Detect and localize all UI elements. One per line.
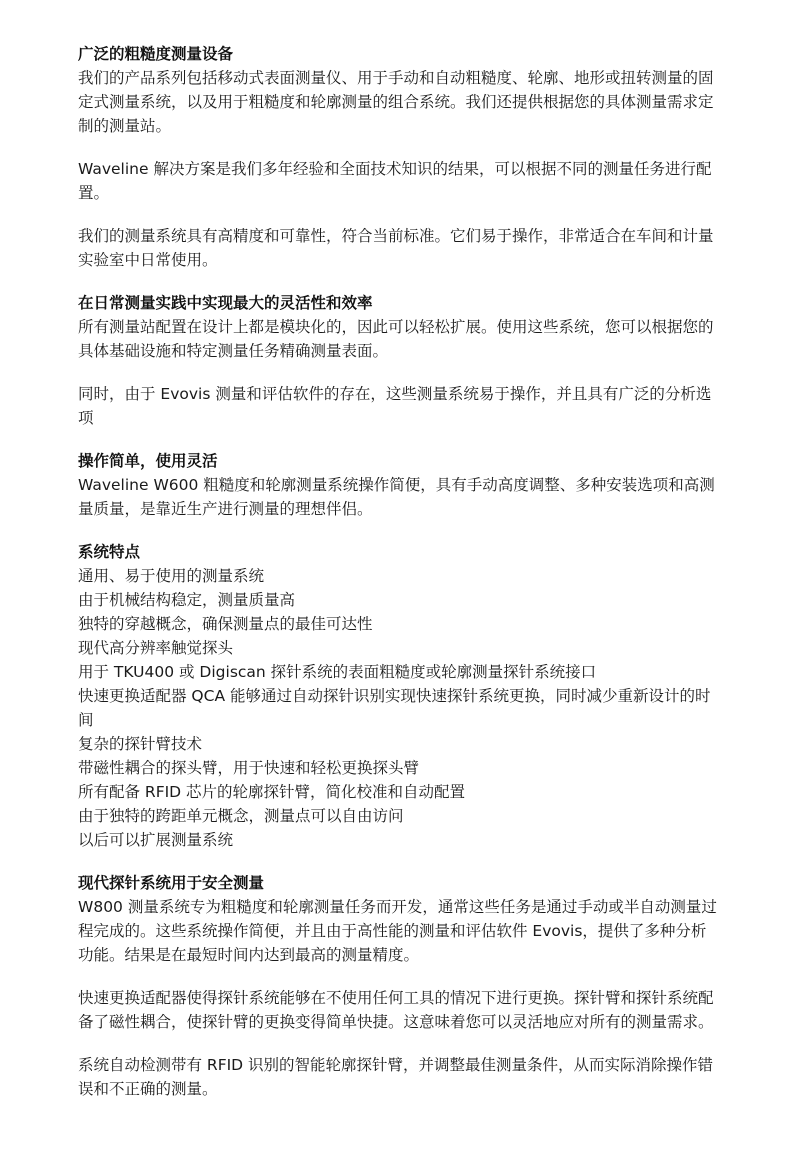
feature-item-rfid-arms: 所有配备 RFID 芯片的轮廓探针臂，简化校准和自动配置 xyxy=(78,780,718,804)
feature-item-tactile-probe: 现代高分辨率触觉探头 xyxy=(78,636,718,660)
feature-item-magnetic-coupling: 带磁性耦合的探头臂，用于快速和轻松更换探头臂 xyxy=(78,756,718,780)
feature-item-mechanical-stability: 由于机械结构稳定，测量质量高 xyxy=(78,588,718,612)
paragraph-toolless-change: 快速更换适配器使得探针系统能够在不使用任何工具的情况下进行更换。探针臂和探针系统… xyxy=(78,986,718,1034)
paragraph-evovis-software: 同时，由于 Evovis 测量和评估软件的存在，这些测量系统易于操作，并且具有广… xyxy=(78,382,718,430)
feature-item-qca-adapter: 快速更换适配器 QCA 能够通过自动探针识别实现快速探针系统更换，同时减少重新设… xyxy=(78,684,718,732)
paragraph-product-range: 我们的产品系列包括移动式表面测量仪、用于手动和自动粗糙度、轮廓、地形或扭转测量的… xyxy=(78,66,718,138)
section-heading-easy-operation: 操作简单，使用灵活 xyxy=(78,449,718,473)
paragraph-w600-system: Waveline W600 粗糙度和轮廓测量系统操作简便，具有手动高度调整、多种… xyxy=(78,473,718,521)
document-page: 广泛的粗糙度测量设备 我们的产品系列包括移动式表面测量仪、用于手动和自动粗糙度、… xyxy=(0,0,790,1101)
section-heading-modern-probe-systems: 现代探针系统用于安全测量 xyxy=(78,871,718,895)
feature-list: 通用、易于使用的测量系统 由于机械结构稳定，测量质量高 独特的穿越概念，确保测量… xyxy=(78,564,718,852)
feature-item-universal-system: 通用、易于使用的测量系统 xyxy=(78,564,718,588)
feature-item-probe-arm-tech: 复杂的探针臂技术 xyxy=(78,732,718,756)
paragraph-precision-reliability: 我们的测量系统具有高精度和可靠性，符合当前标准。它们易于操作，非常适合在车间和计… xyxy=(78,224,718,272)
paragraph-rfid-detection: 系统自动检测带有 RFID 识别的智能轮廓探针臂，并调整最佳测量条件，从而实际消… xyxy=(78,1053,718,1101)
feature-item-span-unit: 由于独特的跨距单元概念，测量点可以自由访问 xyxy=(78,804,718,828)
paragraph-waveline-solutions: Waveline 解决方案是我们多年经验和全面技术知识的结果，可以根据不同的测量… xyxy=(78,157,718,205)
feature-item-probe-interface: 用于 TKU400 或 Digiscan 探针系统的表面粗糙度或轮廓测量探针系统… xyxy=(78,660,718,684)
section-heading-roughness-equipment: 广泛的粗糙度测量设备 xyxy=(78,42,718,66)
paragraph-w800-system: W800 测量系统专为粗糙度和轮廓测量任务而开发，通常这些任务是通过手动或半自动… xyxy=(78,895,718,967)
feature-item-expandable: 以后可以扩展测量系统 xyxy=(78,828,718,852)
section-heading-flexibility-efficiency: 在日常测量实践中实现最大的灵活性和效率 xyxy=(78,291,718,315)
paragraph-modular-stations: 所有测量站配置在设计上都是模块化的，因此可以轻松扩展。使用这些系统，您可以根据您… xyxy=(78,315,718,363)
section-heading-system-features: 系统特点 xyxy=(78,540,718,564)
feature-item-traverse-concept: 独特的穿越概念，确保测量点的最佳可达性 xyxy=(78,612,718,636)
